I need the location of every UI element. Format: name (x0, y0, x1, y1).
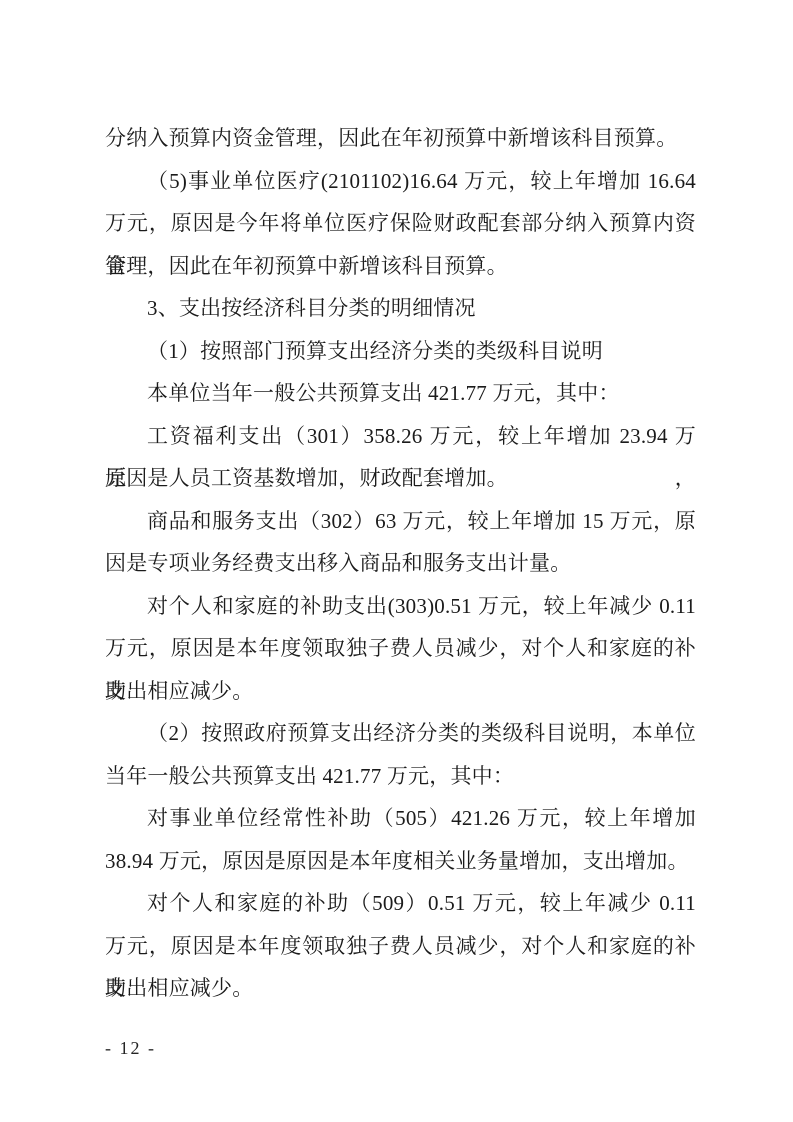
text-line: （5)事业单位医疗(2101102)16.64 万元，较上年增加 16.64 (105, 160, 696, 203)
text-line: 万元，原因是本年度领取独子费人员减少，对个人和家庭的补助 (105, 627, 696, 670)
text-line: 本单位当年一般公共预算支出 421.77 万元，其中： (105, 372, 696, 415)
text-line: 支出相应减少。 (105, 670, 696, 713)
text-line: 工资福利支出（301）358.26 万元，较上年增加 23.94 万元， (105, 415, 696, 458)
text-line: 对个人和家庭的补助（509）0.51 万元，较上年减少 0.11 (105, 882, 696, 925)
text-line: 38.94 万元，原因是原因是本年度相关业务量增加，支出增加。 (105, 840, 696, 883)
document-page: 分纳入预算内资金管理，因此在年初预算中新增该科目预算。 （5)事业单位医疗(21… (0, 0, 793, 1122)
text-line: 管理，因此在年初预算中新增该科目预算。 (105, 245, 696, 288)
text-line: 商品和服务支出（302）63 万元，较上年增加 15 万元，原 (105, 500, 696, 543)
text-line: 万元，原因是今年将单位医疗保险财政配套部分纳入预算内资金 (105, 202, 696, 245)
text-line: 分纳入预算内资金管理，因此在年初预算中新增该科目预算。 (105, 117, 696, 160)
text-line: 对个人和家庭的补助支出(303)0.51 万元，较上年减少 0.11 (105, 585, 696, 628)
text-line: 当年一般公共预算支出 421.77 万元，其中： (105, 755, 696, 798)
section-heading: 3、支出按经济科目分类的明细情况 (105, 287, 696, 330)
text-line: 对事业单位经常性补助（505）421.26 万元，较上年增加 (105, 797, 696, 840)
text-line: 万元，原因是本年度领取独子费人员减少，对个人和家庭的补助 (105, 925, 696, 968)
text-line: 支出相应减少。 (105, 967, 696, 1010)
subsection-heading: （2）按照政府预算支出经济分类的类级科目说明，本单位 (105, 712, 696, 755)
page-number: - 12 - (105, 1036, 156, 1060)
page-body: 分纳入预算内资金管理，因此在年初预算中新增该科目预算。 （5)事业单位医疗(21… (105, 117, 696, 1010)
subsection-heading: （1）按照部门预算支出经济分类的类级科目说明 (105, 330, 696, 373)
text-line: 因是专项业务经费支出移入商品和服务支出计量。 (105, 542, 696, 585)
